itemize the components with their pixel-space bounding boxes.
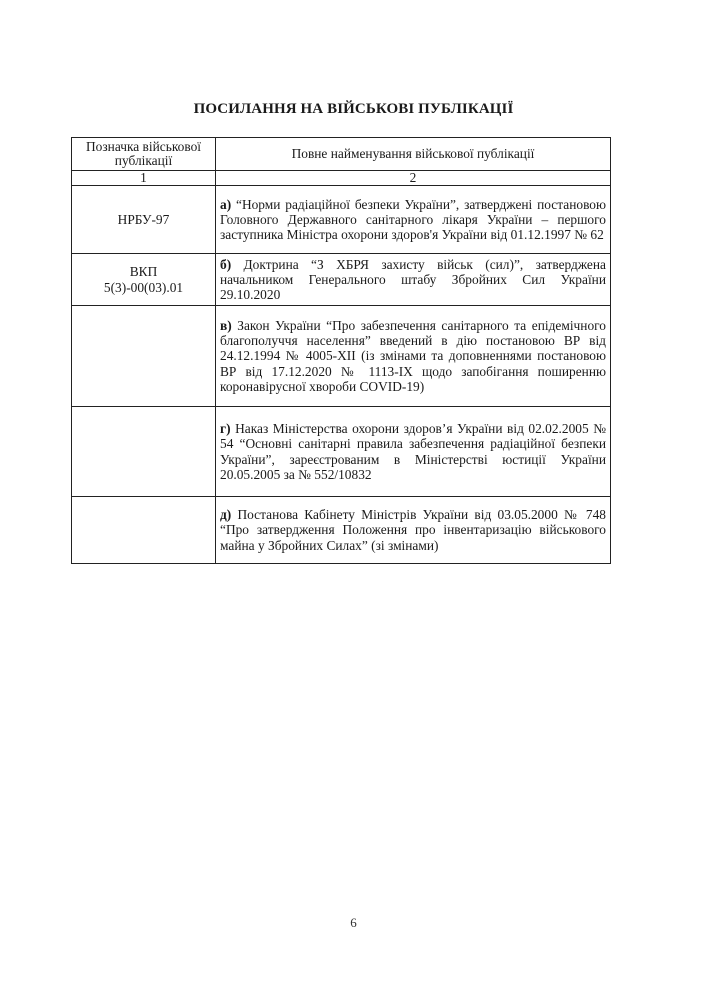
- item-text: Закон України “Про забезпечення санітарн…: [220, 318, 606, 394]
- publication-code: [72, 306, 216, 407]
- item-text: “Норми радіаційної безпеки України”, зат…: [220, 197, 606, 243]
- table-row: ВКП 5(3)-00(03).01 б) Доктрина “З ХБРЯ з…: [72, 254, 611, 306]
- table-header-row: Позначка військової публікації Повне най…: [72, 138, 611, 171]
- table-row: д) Постанова Кабінету Міністрів України …: [72, 497, 611, 564]
- publication-description: а) “Норми радіаційної безпеки України”, …: [216, 186, 611, 254]
- publication-description: в) Закон України “Про забезпечення саніт…: [216, 306, 611, 407]
- column-number-row: 1 2: [72, 171, 611, 186]
- item-text: Постанова Кабінету Міністрів України від…: [220, 507, 606, 553]
- column-number-2: 2: [216, 171, 611, 186]
- publication-code: [72, 497, 216, 564]
- item-label: а): [220, 197, 231, 212]
- publication-code: НРБУ-97: [72, 186, 216, 254]
- publication-description: д) Постанова Кабінету Міністрів України …: [216, 497, 611, 564]
- item-label: в): [220, 318, 232, 333]
- item-label: б): [220, 257, 231, 272]
- item-text: Наказ Міністерства охорони здоров’я Укра…: [220, 421, 606, 482]
- header-full-name: Повне найменування військової публікації: [216, 138, 611, 171]
- page-title: ПОСИЛАННЯ НА ВІЙСЬКОВІ ПУБЛІКАЦІЇ: [0, 101, 707, 118]
- item-label: д): [220, 507, 231, 522]
- table-row: г) Наказ Міністерства охорони здоров’я У…: [72, 407, 611, 497]
- publication-description: г) Наказ Міністерства охорони здоров’я У…: [216, 407, 611, 497]
- publication-code: ВКП 5(3)-00(03).01: [72, 254, 216, 306]
- table-row: НРБУ-97 а) “Норми радіаційної безпеки Ук…: [72, 186, 611, 254]
- header-designation: Позначка військової публікації: [72, 138, 216, 171]
- publication-description: б) Доктрина “З ХБРЯ захисту військ (сил)…: [216, 254, 611, 306]
- table-row: в) Закон України “Про забезпечення саніт…: [72, 306, 611, 407]
- item-label: г): [220, 421, 231, 436]
- page-number: 6: [0, 915, 707, 931]
- publication-code: [72, 407, 216, 497]
- column-number-1: 1: [72, 171, 216, 186]
- item-text: Доктрина “З ХБРЯ захисту військ (сил)”, …: [220, 257, 606, 303]
- references-table: Позначка військової публікації Повне най…: [71, 137, 611, 564]
